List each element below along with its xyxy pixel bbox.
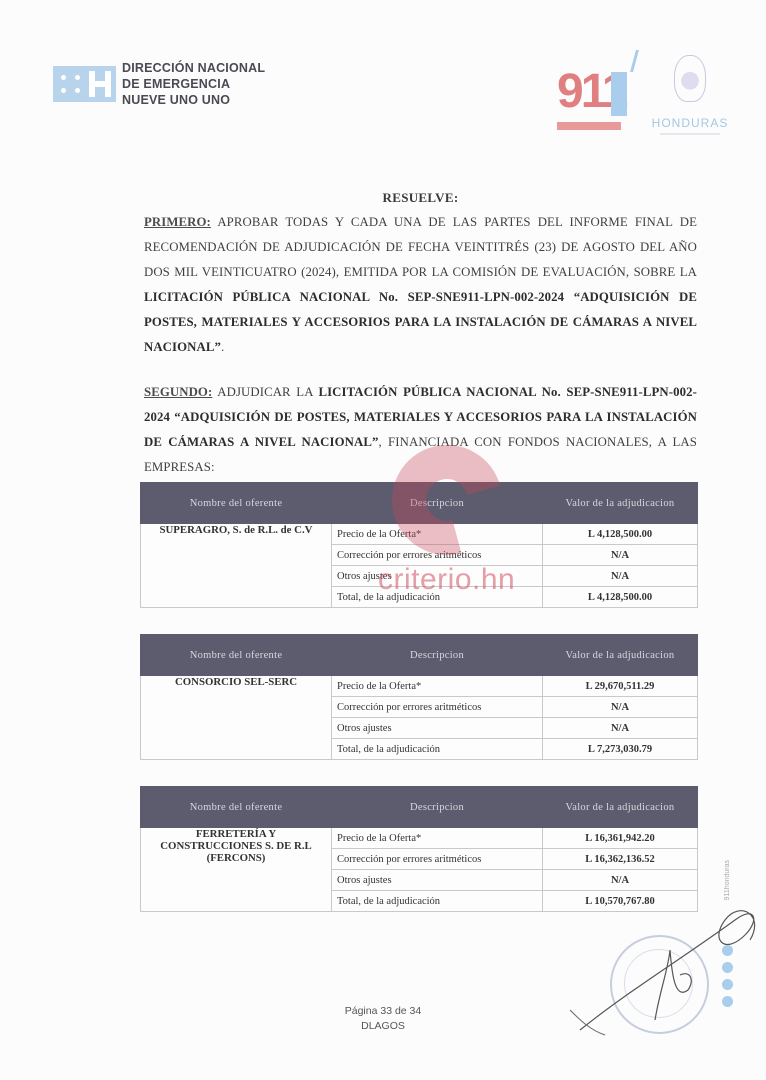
footer-initials: DLAGOS (0, 1019, 766, 1034)
social-icon (722, 945, 733, 956)
row-value: L 7,273,030.79 (543, 739, 698, 760)
paragraph-segundo: SEGUNDO: ADJUDICAR LA LICITACIÓN PÚBLICA… (144, 380, 697, 480)
resolution-title: RESUELVE: (144, 190, 697, 206)
page-footer: Página 33 de 34 DLAGOS (0, 1004, 766, 1034)
row-description: Corrección por errores aritméticos (332, 545, 543, 566)
col-header-description: Descripcion (332, 483, 543, 524)
row-description: Otros ajustes (332, 870, 543, 891)
row-value: L 4,128,500.00 (543, 524, 698, 545)
row-description: Precio de la Oferta* (332, 828, 543, 849)
row-description: Otros ajustes (332, 718, 543, 739)
col-header-value: Valor de la adjudicacion (543, 635, 698, 676)
primero-bold: LICITACIÓN PÚBLICA NACIONAL No. SEP-SNE9… (144, 290, 697, 354)
row-description: Precio de la Oferta* (332, 524, 543, 545)
table-row: SUPERAGRO, S. de R.L. de C.V Precio de l… (141, 524, 698, 545)
org-name: DIRECCIÓN NACIONAL DE EMERGENCIA NUEVE U… (122, 60, 265, 108)
org-name-line: NUEVE UNO UNO (122, 92, 265, 108)
social-icon (722, 979, 733, 990)
col-header-bidder: Nombre del oferente (141, 483, 332, 524)
table-row: FERRETERÍA Y CONSTRUCCIONES S. DE R.L (F… (141, 828, 698, 849)
segundo-text: ADJUDICAR LA (212, 385, 318, 399)
honduras-subtitle (660, 133, 720, 135)
primero-end: . (221, 340, 224, 354)
row-description: Corrección por errores aritméticos (332, 849, 543, 870)
row-value: L 4,128,500.00 (543, 587, 698, 608)
row-value: N/A (543, 545, 698, 566)
page-number: Página 33 de 34 (0, 1004, 766, 1019)
row-value: L 16,361,942.20 (543, 828, 698, 849)
col-header-description: Descripcion (332, 787, 543, 828)
row-description: Total, de la adjudicación (332, 587, 543, 608)
bidder-name: SUPERAGRO, S. de R.L. de C.V (141, 524, 332, 608)
primero-text: APROBAR TODAS Y CADA UNA DE LAS PARTES D… (144, 215, 697, 279)
row-value: L 10,570,767.80 (543, 891, 698, 912)
honduras-text: HONDURAS (645, 116, 735, 130)
row-description: Total, de la adjudicación (332, 891, 543, 912)
award-table-superagro: Nombre del oferente Descripcion Valor de… (140, 482, 698, 608)
org-name-line: DE EMERGENCIA (122, 76, 265, 92)
row-description: Otros ajustes (332, 566, 543, 587)
h-logo-icon (53, 66, 116, 102)
row-description: Precio de la Oferta* (332, 676, 543, 697)
row-value: N/A (543, 697, 698, 718)
org-name-line: DIRECCIÓN NACIONAL (122, 60, 265, 76)
col-header-bidder: Nombre del oferente (141, 787, 332, 828)
bidder-name: FERRETERÍA Y CONSTRUCCIONES S. DE R.L (F… (141, 828, 332, 912)
side-marking: 911honduras (724, 860, 731, 900)
social-icon (722, 962, 733, 973)
col-header-description: Descripcion (332, 635, 543, 676)
coat-of-arms-icon (674, 55, 706, 102)
row-description: Total, de la adjudicación (332, 739, 543, 760)
row-value: L 29,670,511.29 (543, 676, 698, 697)
logo-911-blue-one (611, 72, 627, 116)
logo-911: 911 (553, 48, 645, 140)
social-icons (722, 945, 733, 1013)
honduras-logo: HONDURAS (645, 55, 735, 140)
row-value: L 16,362,136.52 (543, 849, 698, 870)
col-header-value: Valor de la adjudicacion (543, 483, 698, 524)
col-header-value: Valor de la adjudicacion (543, 787, 698, 828)
paragraph-primero: PRIMERO: APROBAR TODAS Y CADA UNA DE LAS… (144, 210, 697, 360)
table-row: CONSORCIO SEL-SERC Precio de la Oferta* … (141, 676, 698, 697)
logo-911-banner (557, 122, 621, 130)
award-table-consorcio: Nombre del oferente Descripcion Valor de… (140, 634, 698, 760)
dne911-logo: DIRECCIÓN NACIONAL DE EMERGENCIA NUEVE U… (53, 60, 265, 108)
primero-label: PRIMERO: (144, 215, 211, 229)
row-description: Corrección por errores aritméticos (332, 697, 543, 718)
bidder-name: CONSORCIO SEL-SERC (141, 676, 332, 760)
award-table-fercons: Nombre del oferente Descripcion Valor de… (140, 786, 698, 912)
segundo-label: SEGUNDO: (144, 385, 212, 399)
row-value: N/A (543, 718, 698, 739)
col-header-bidder: Nombre del oferente (141, 635, 332, 676)
row-value: N/A (543, 566, 698, 587)
antenna-icon (616, 50, 639, 72)
document-body: RESUELVE: PRIMERO: APROBAR TODAS Y CADA … (144, 190, 697, 480)
row-value: N/A (543, 870, 698, 891)
